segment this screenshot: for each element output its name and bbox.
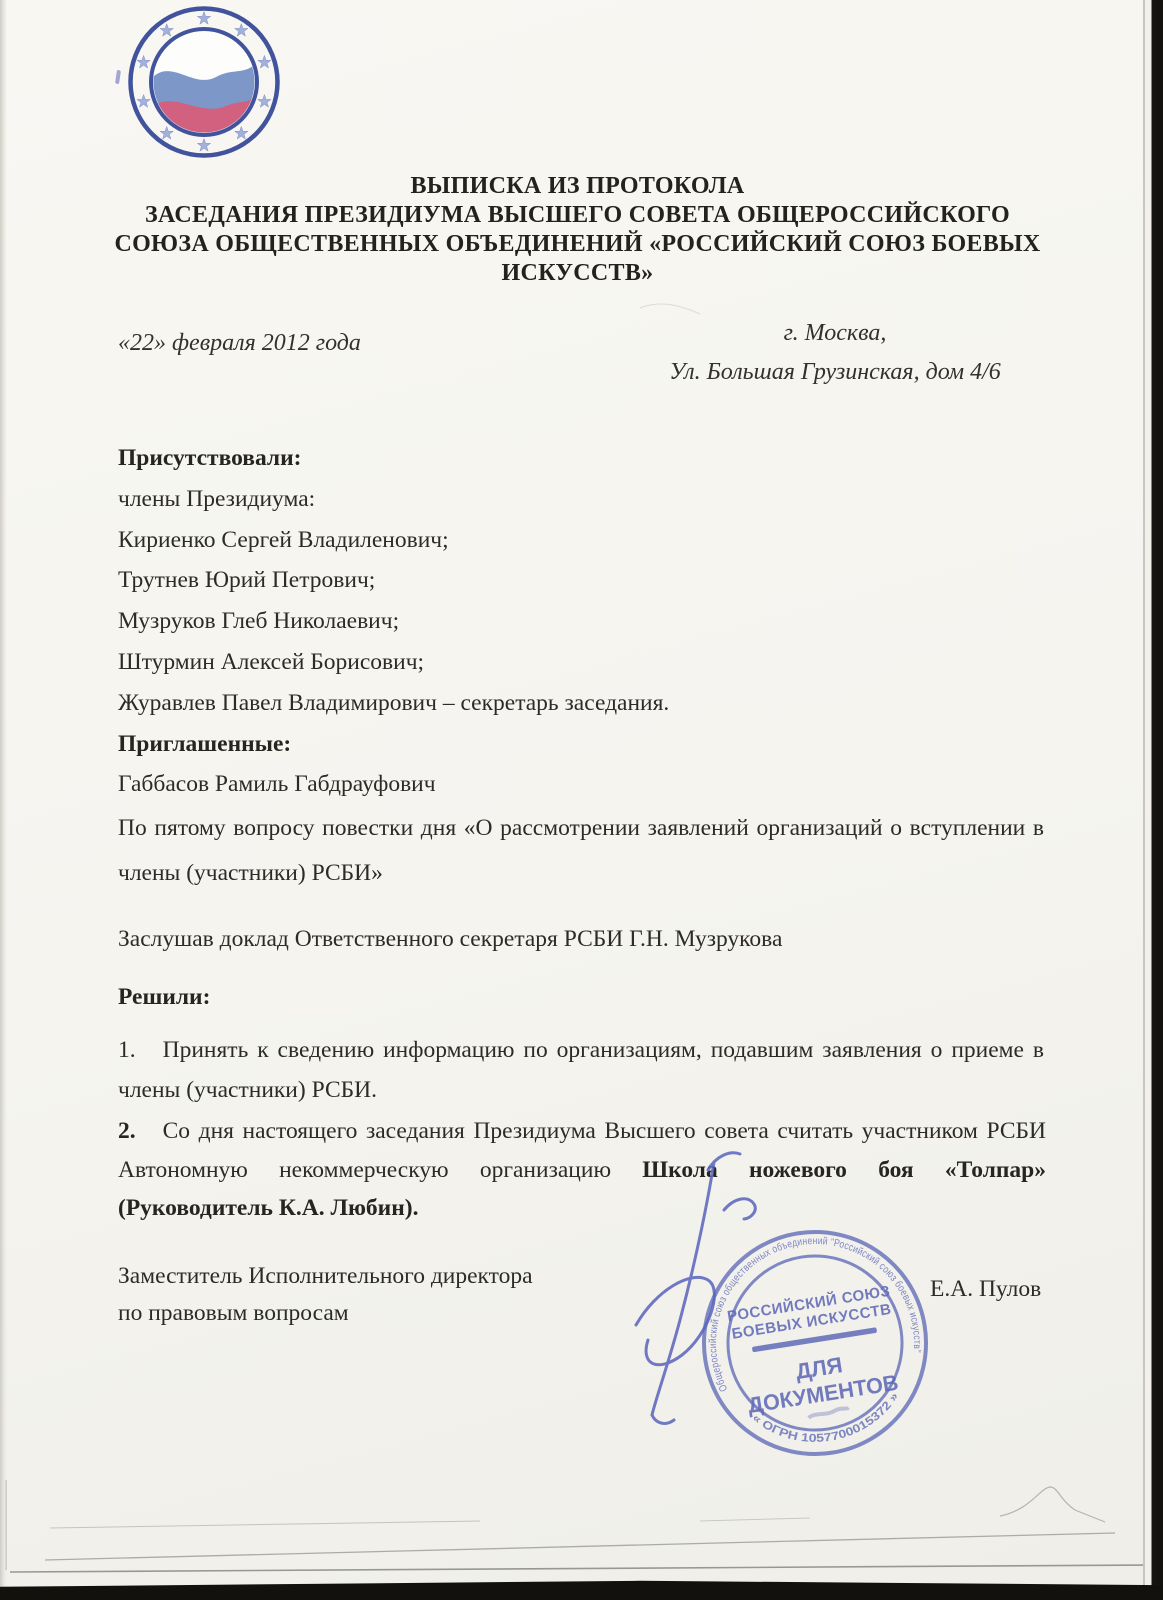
stray-ink-mark — [115, 70, 121, 84]
handwritten-signature-icon — [596, 1140, 796, 1440]
item-number: 1. — [118, 1037, 136, 1063]
invited-heading: Приглашенные: — [118, 724, 669, 765]
member-name: Трутнев Юрий Петрович; — [118, 560, 669, 601]
resolved-heading: Решили: — [118, 984, 210, 1011]
document-date: «22» февраля 2012 года — [118, 330, 361, 357]
member-name: Кириенко Сергей Владиленович; — [118, 520, 669, 561]
stamp-smudge-icon — [808, 1407, 849, 1418]
invited-name: Габбасов Рамиль Габдрауфович — [118, 764, 669, 805]
item-number: 2. — [118, 1118, 136, 1144]
scan-right-edge — [1143, 0, 1163, 1600]
title-line-2: ЗАСЕДАНИЯ ПРЕЗИДИУМА ВЫСШЕГО СОВЕТА ОБЩЕ… — [105, 201, 1050, 230]
present-heading: Присутствовали: — [118, 438, 669, 479]
rsbi-emblem-logo — [122, 5, 286, 163]
title-line-4: ИСКУССТВ» — [105, 259, 1050, 288]
place-address: Ул. Большая Грузинская, дом 4/6 — [625, 353, 1045, 392]
member-name: Музруков Глеб Николаевич; — [118, 601, 669, 642]
report-line: Заслушав доклад Ответственного секретаря… — [118, 926, 782, 953]
scan-left-edge — [0, 0, 7, 1600]
title-line-1: ВЫПИСКА ИЗ ПРОТОКОЛА — [105, 172, 1050, 201]
resolution-item-1: 1.Принять к сведению информацию по орган… — [118, 1030, 1044, 1110]
member-name: Штурмин Алексей Борисович; — [118, 642, 669, 683]
attendees-block: Присутствовали: члены Президиума: Кириен… — [118, 438, 669, 805]
place-city: г. Москва, — [625, 314, 1045, 353]
scan-bottom-edge — [0, 1576, 1163, 1600]
member-name: Журавлев Павел Владимирович – секретарь … — [118, 683, 669, 724]
signatory-role-line-2: по правовым вопросам — [118, 1295, 533, 1332]
item-text: Принять к сведению информацию по организ… — [118, 1037, 1044, 1103]
document-title: ВЫПИСКА ИЗ ПРОТОКОЛА ЗАСЕДАНИЯ ПРЕЗИДИУМ… — [105, 172, 1050, 288]
agenda-paragraph: По пятому вопросу повестки дня «О рассмо… — [118, 806, 1044, 896]
title-line-3: СОЮЗА ОБЩЕСТВЕННЫХ ОБЪЕДИНЕНИЙ «РОССИЙСК… — [105, 230, 1050, 259]
signatory-role: Заместитель Исполнительного директора по… — [118, 1258, 533, 1331]
signatory-role-line-1: Заместитель Исполнительного директора — [118, 1258, 533, 1295]
present-intro: члены Президиума: — [118, 479, 669, 520]
document-place: г. Москва, Ул. Большая Грузинская, дом 4… — [625, 314, 1045, 392]
scanned-document-page: { "document": { "title_lines": [ "ВЫПИСК… — [0, 0, 1163, 1600]
